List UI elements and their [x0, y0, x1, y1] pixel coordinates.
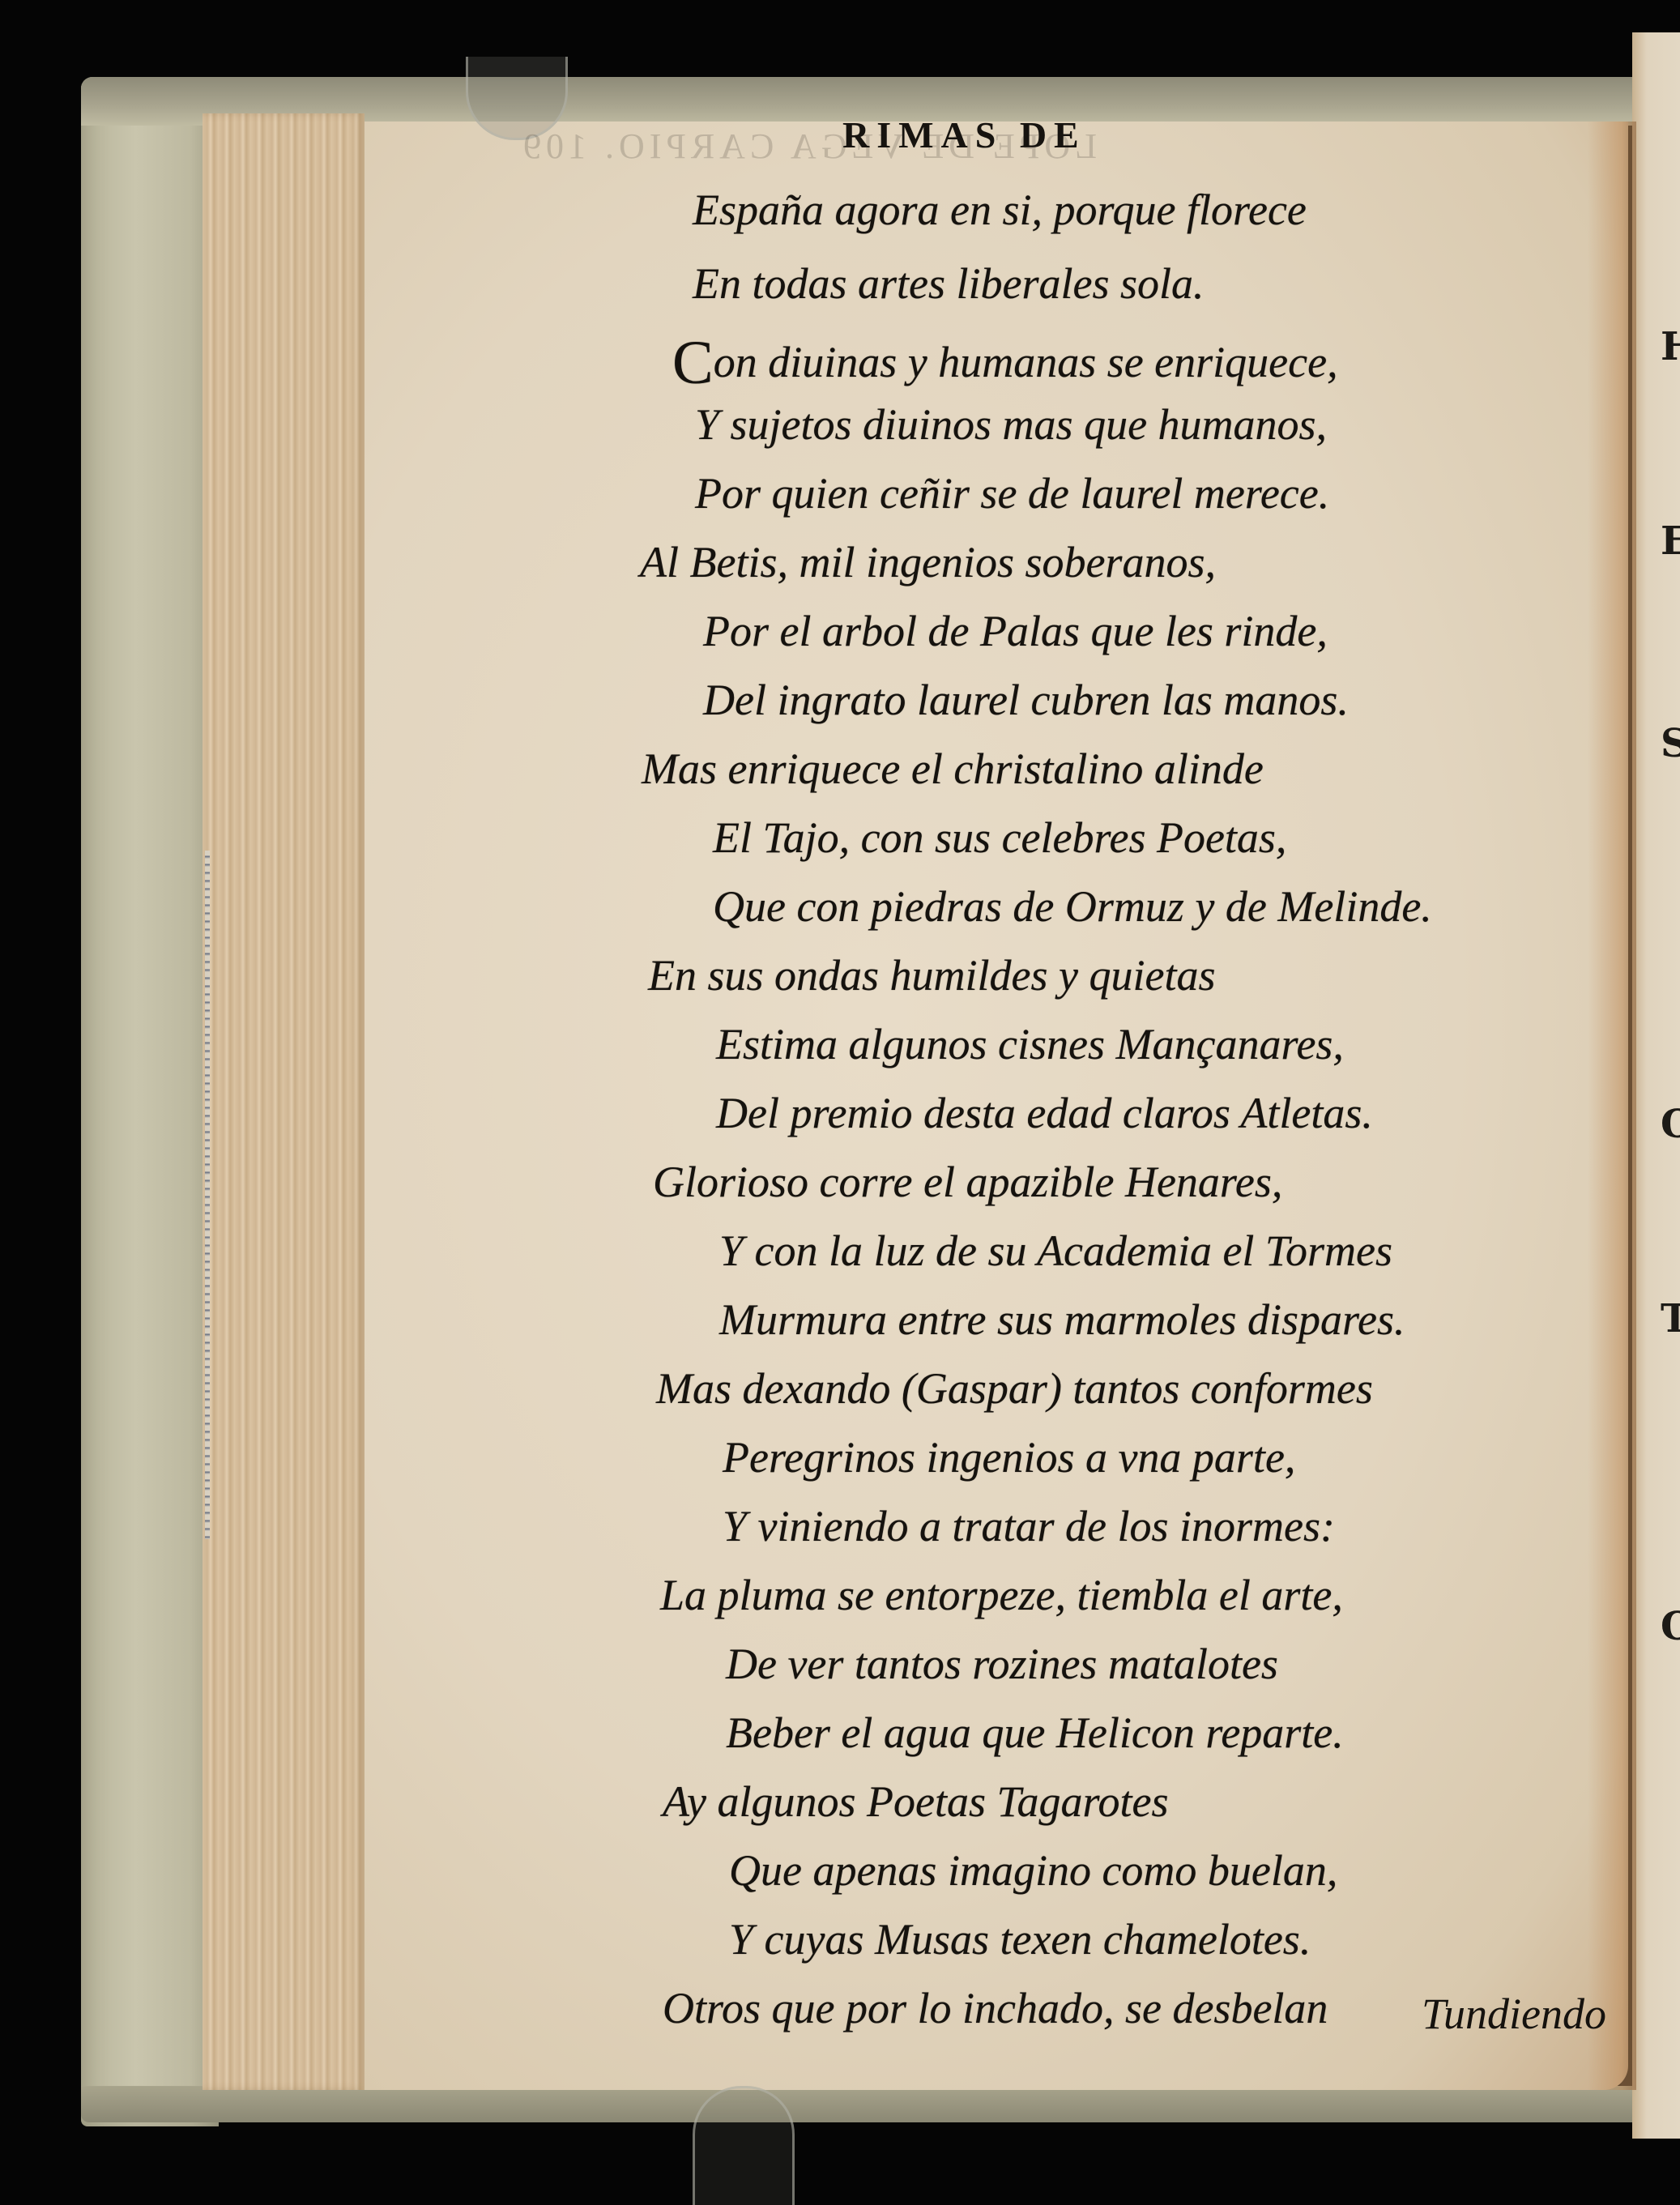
verse-text: El Tajo, con sus celebres Poetas, — [713, 813, 1286, 862]
verse-text: España agora en si, porque florece — [693, 186, 1307, 234]
verse-line: Que con piedras de Ormuz y de Melinde. — [713, 885, 1432, 928]
verse-line: Mas enriquece el christalino alinde — [642, 747, 1264, 791]
running-head: RIMAS DE — [842, 113, 1086, 156]
verse-line: Otros que por lo inchado, se desbelan — [663, 1986, 1328, 2030]
sprinkled-edge — [205, 851, 210, 1539]
verse-text: De ver tantos rozines matalotes — [726, 1640, 1278, 1688]
verse-text: Y con la luz de su Academia el Tormes — [719, 1226, 1392, 1275]
verse-text: Por el arbol de Palas que les rinde, — [703, 607, 1328, 655]
verse-line: En todas artes liberales sola. — [693, 262, 1205, 305]
verse-text: Del premio desta edad claros Atletas. — [716, 1089, 1373, 1137]
verse-text: Beber el agua que Helicon reparte. — [726, 1708, 1344, 1757]
verse-text: Peregrinos ingenios a vna parte, — [723, 1433, 1295, 1482]
verse-line: Y cuyas Musas texen chamelotes. — [729, 1917, 1311, 1961]
verse-line: Que apenas imagino como buelan, — [729, 1849, 1337, 1892]
cover-bottom-edge — [81, 2086, 1652, 2122]
verse-text: En todas artes liberales sola. — [693, 259, 1205, 308]
verse-text: La pluma se entorpeze, tiembla el arte, — [660, 1571, 1343, 1619]
catchword: Tundiendo — [1422, 1989, 1606, 2039]
verse-text: Que apenas imagino como buelan, — [729, 1846, 1337, 1895]
verse-text: Y cuyas Musas texen chamelotes. — [729, 1915, 1311, 1964]
verse-line: España agora en si, porque florece — [693, 188, 1307, 232]
facing-page-letter: O — [1661, 1604, 1680, 1649]
verse-line: En sus ondas humildes y quietas — [648, 953, 1215, 997]
facing-page-letter: H — [1661, 324, 1680, 369]
facing-page-letter: T — [1661, 1296, 1680, 1341]
verse-text: Ay algunos Poetas Tagarotes — [663, 1777, 1169, 1826]
drop-cap: C — [672, 329, 714, 397]
verse-text: Murmura entre sus marmoles dispares. — [719, 1295, 1405, 1344]
verse-line: Estima algunos cisnes Mançanares, — [716, 1022, 1344, 1066]
verse-text: on diuinas y humanas se enriquece, — [714, 338, 1338, 386]
vellum-cover — [81, 77, 219, 2126]
verse-line: Del premio desta edad claros Atletas. — [716, 1091, 1373, 1135]
verse-text: Mas enriquece el christalino alinde — [642, 744, 1264, 793]
verse-line: Y con la luz de su Academia el Tormes — [719, 1229, 1392, 1273]
verse-line: Del ingrato laurel cubren las manos. — [703, 678, 1349, 722]
verse-text: Otros que por lo inchado, se desbelan — [663, 1984, 1328, 2032]
facing-page-letter: S — [1661, 721, 1680, 766]
verse-text: Al Betis, mil ingenios soberanos, — [640, 538, 1216, 586]
verse-text: Y viniendo a tratar de los inormes: — [723, 1502, 1335, 1550]
verse-line: Y viniendo a tratar de los inormes: — [723, 1504, 1335, 1548]
verse-text: Del ingrato laurel cubren las manos. — [703, 676, 1349, 724]
verse-line: Al Betis, mil ingenios soberanos, — [640, 540, 1216, 584]
verse-line: Con diuinas y humanas se enriquece, — [672, 332, 1338, 394]
verse-line: Y sujetos diuinos mas que humanos, — [695, 403, 1327, 446]
page-clip-bottom — [693, 2086, 795, 2205]
verse-text: Estima algunos cisnes Mançanares, — [716, 1020, 1344, 1068]
verse-line: Peregrinos ingenios a vna parte, — [723, 1435, 1295, 1479]
verse-line: La pluma se entorpeze, tiembla el arte, — [660, 1573, 1343, 1617]
verse-line: Beber el agua que Helicon reparte. — [726, 1711, 1344, 1755]
page-fore-edge — [203, 113, 365, 2090]
verse-line: Ay algunos Poetas Tagarotes — [663, 1780, 1169, 1823]
verse-text: Que con piedras de Ormuz y de Melinde. — [713, 882, 1432, 931]
verse-line: Por el arbol de Palas que les rinde, — [703, 609, 1328, 653]
verse-text: Mas dexando (Gaspar) tantos conformes — [656, 1364, 1373, 1413]
verse-line: De ver tantos rozines matalotes — [726, 1642, 1278, 1686]
page-gutter-shadow — [1588, 122, 1636, 2090]
verse-line: Mas dexando (Gaspar) tantos conformes — [656, 1367, 1373, 1410]
verse-text: Glorioso corre el apazible Henares, — [653, 1158, 1282, 1206]
facing-page-letter: E — [1661, 518, 1680, 564]
verse-text: Y sujetos diuinos mas que humanos, — [695, 400, 1327, 449]
verse-line: Glorioso corre el apazible Henares, — [653, 1160, 1282, 1204]
verse-text: En sus ondas humildes y quietas — [648, 951, 1215, 1000]
verse-line: El Tajo, con sus celebres Poetas, — [713, 816, 1286, 859]
verse-line: Murmura entre sus marmoles dispares. — [719, 1298, 1405, 1341]
verse-text: Por quien ceñir se de laurel merece. — [695, 469, 1329, 518]
verse-line: Por quien ceñir se de laurel merece. — [695, 471, 1329, 515]
facing-page-letter: O — [1661, 1102, 1680, 1147]
